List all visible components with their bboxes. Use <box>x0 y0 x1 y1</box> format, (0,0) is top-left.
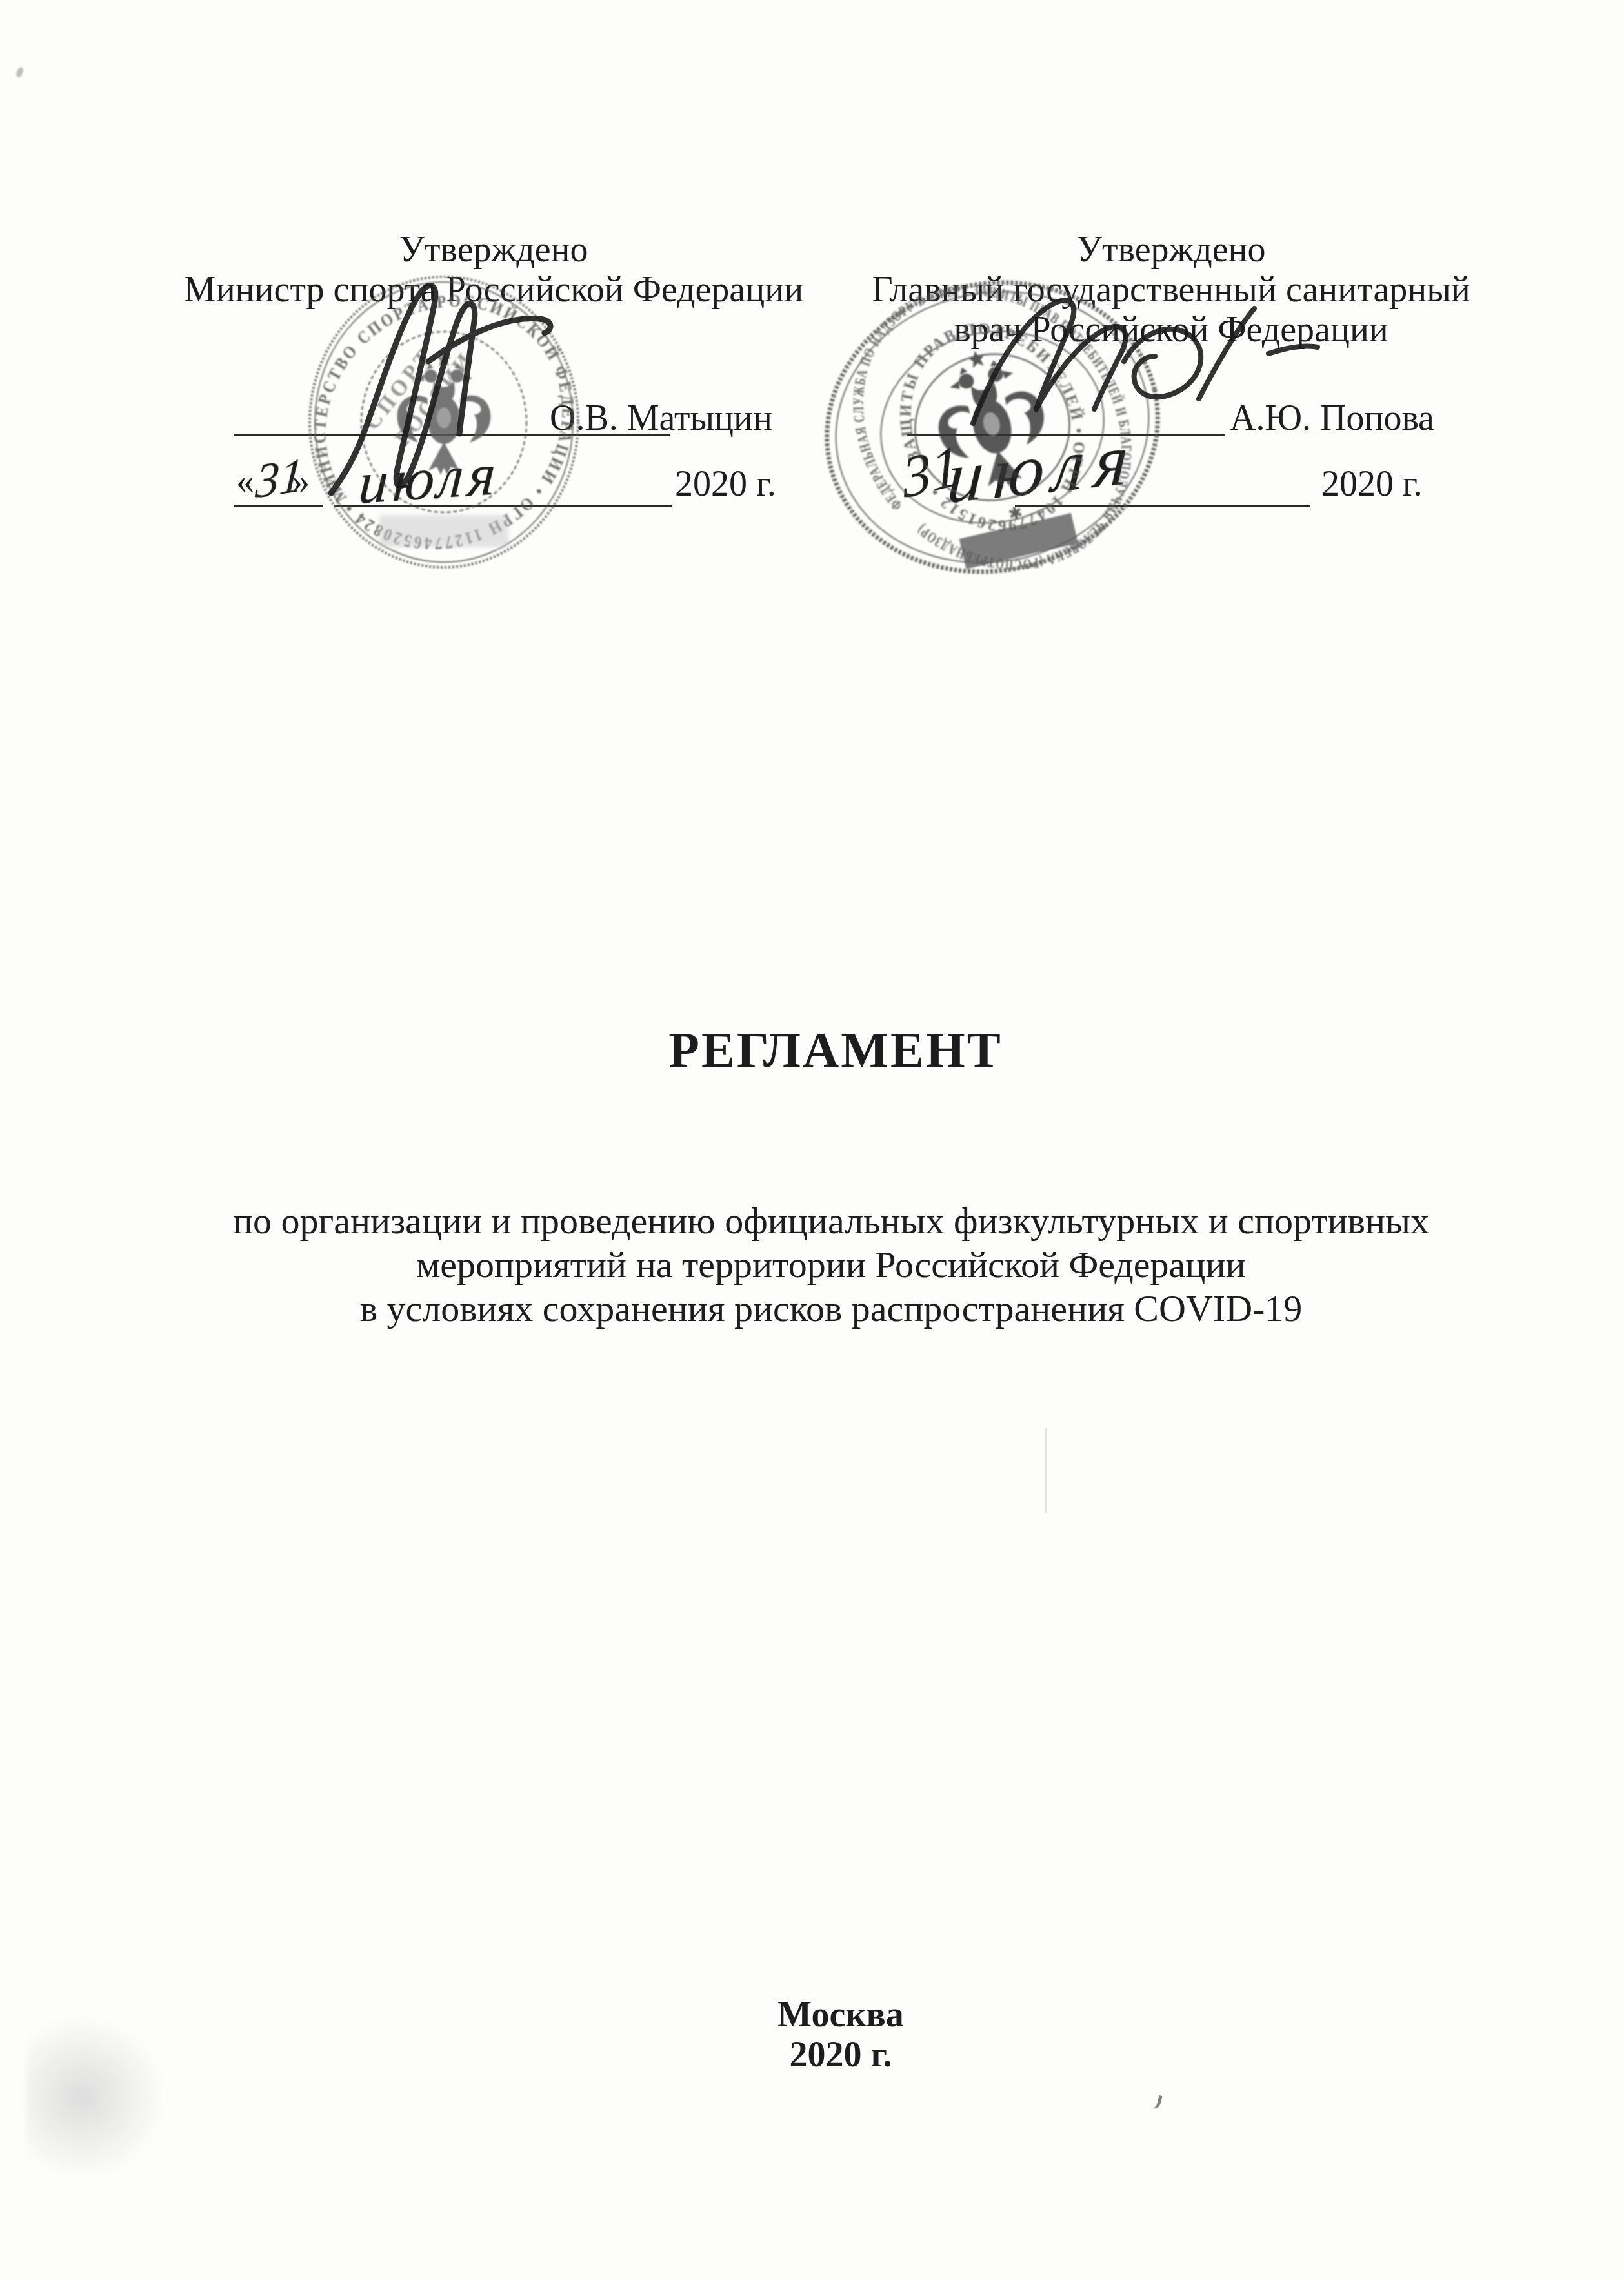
document-title: РЕГЛАМЕНТ <box>668 1021 1002 1079</box>
signature-matytsin <box>331 286 550 493</box>
signatures-overlay <box>0 0 1624 871</box>
scan-tick-mark <box>1150 2094 1163 2110</box>
footer-city: Москва <box>777 1994 903 2035</box>
footer-year: 2020 г. <box>789 2034 892 2075</box>
scan-smudge <box>26 2013 168 2181</box>
signature-popova <box>973 300 1318 423</box>
subtitle-line-3: в условиях сохранения рисков распростран… <box>233 1287 1429 1331</box>
document-page: Утверждено Министр спорта Российской Фед… <box>0 0 1624 2280</box>
scan-line-artifact <box>1045 1428 1047 1513</box>
document-subtitle: по организации и проведению официальных … <box>233 1199 1429 1331</box>
subtitle-line-2: мероприятий на территории Российской Фед… <box>233 1243 1429 1287</box>
subtitle-line-1: по организации и проведению официальных … <box>233 1199 1429 1243</box>
